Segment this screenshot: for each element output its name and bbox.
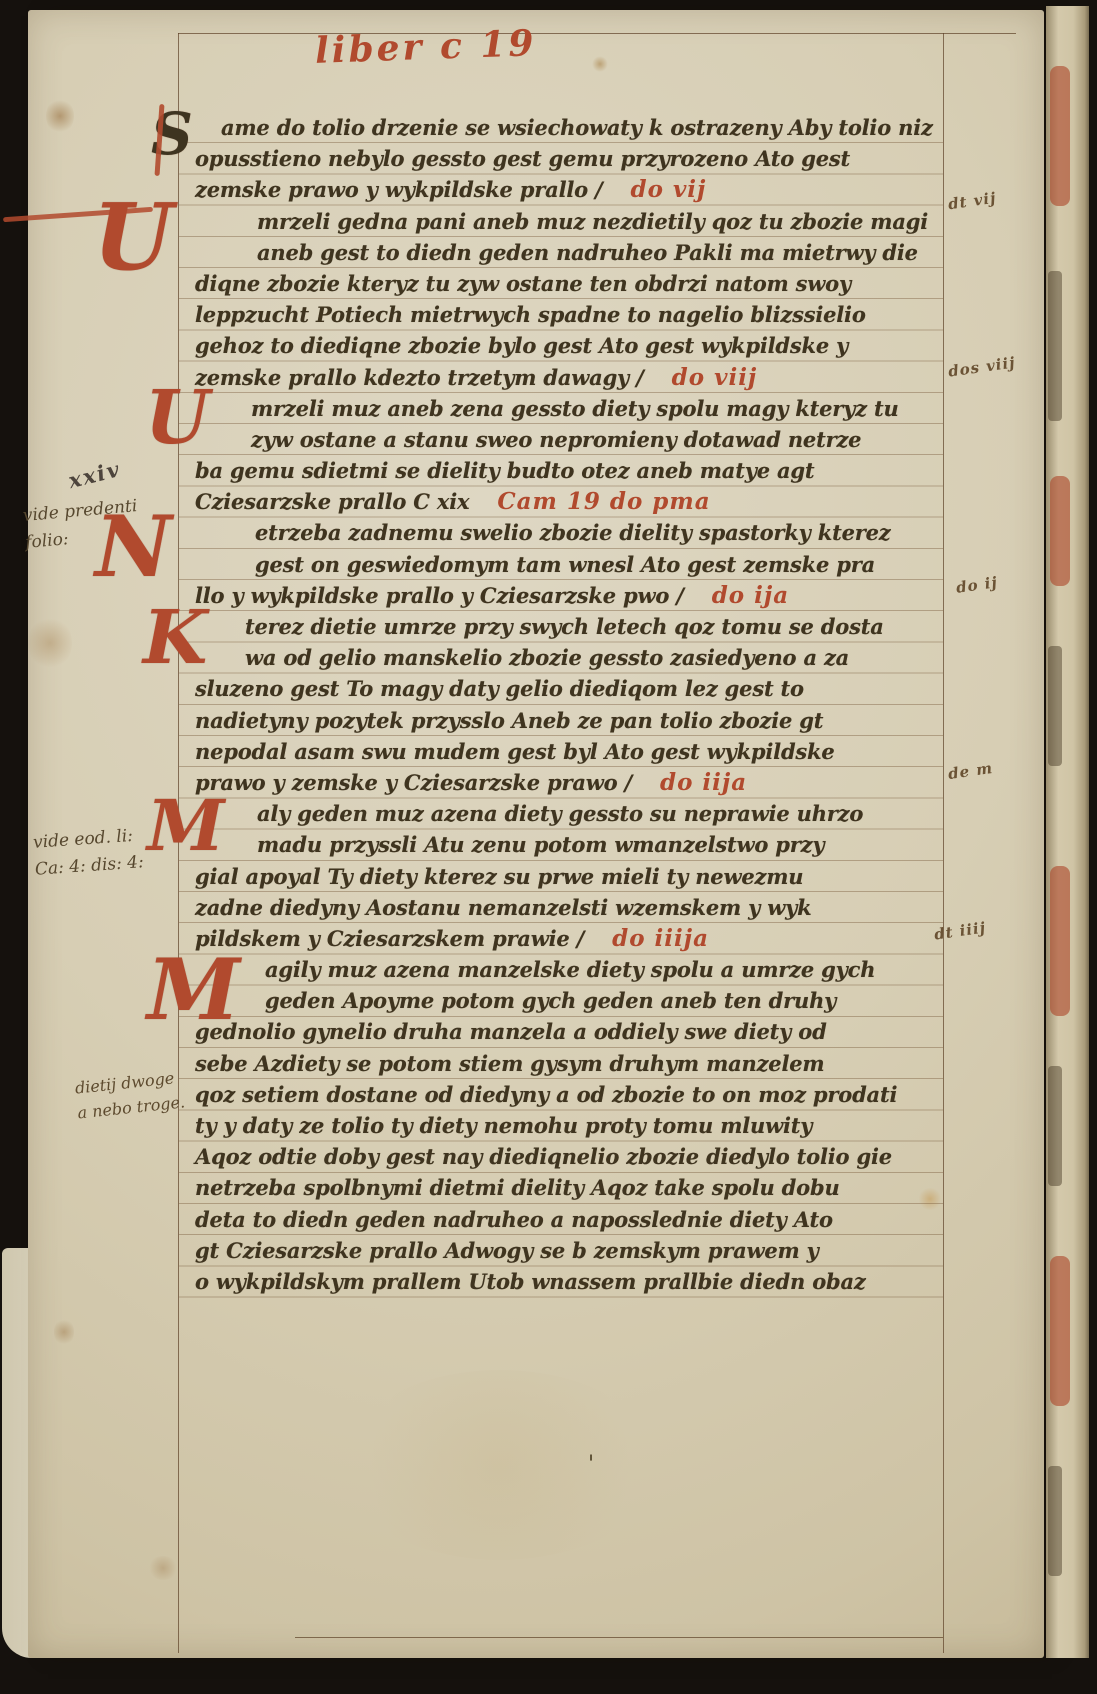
rubric-note: do vij <box>631 176 707 203</box>
text-line: zadne diedyny Aostanu nemanzelsti wzemsk… <box>195 892 943 923</box>
text-line-content: aly geden muz azena diety gessto su nepr… <box>257 801 863 826</box>
text-line-content: gial apoyal Ty diety kterez su prwe miel… <box>195 864 803 889</box>
text-line: nepodal asam swu mudem gest byl Ato gest… <box>195 736 943 767</box>
foredge-letter-fragment <box>1048 1066 1062 1186</box>
text-line: llo y wykpildske prallo y Cziesarzske pw… <box>195 580 943 611</box>
text-line-content: zyw ostane a stanu sweo nepromieny dotaw… <box>251 427 861 452</box>
foredge-letter-fragment <box>1048 1466 1062 1576</box>
text-line: agily muz azena manzelske diety spolu a … <box>195 954 943 985</box>
rubric-note: do iiija <box>612 925 709 952</box>
text-line: gehoz to diediqne zbozie bylo gest Ato g… <box>195 330 943 361</box>
paragraph: Umrzeli gedna pani aneb muz nezdietily q… <box>195 206 943 393</box>
parchment-stain <box>54 1318 74 1346</box>
text-line-content: zemske prallo kdezto trzetym dawagy / <box>195 365 644 390</box>
foredge-letter-fragment <box>1050 866 1070 1016</box>
text-line-content: sluzeno gest To magy daty gelio diediqom… <box>195 676 804 701</box>
foredge-letter-fragment <box>1050 476 1070 586</box>
text-line: etrzeba zadnemu swelio zbozie dielity sp… <box>195 517 943 548</box>
paragraph: Maly geden muz azena diety gessto su nep… <box>195 798 943 954</box>
text-line-content: agily muz azena manzelske diety spolu a … <box>265 957 875 982</box>
text-line: Cziesarzske prallo C xixCam 19 do pma <box>195 486 943 517</box>
text-line: Aqoz odtie doby gest nay diediqnelio zbo… <box>195 1141 943 1172</box>
frame-line-bottom <box>295 1637 943 1638</box>
rubricated-initial: K <box>143 605 207 672</box>
text-line-content: mrzeli gedna pani aneb muz nezdietily qo… <box>257 209 928 234</box>
text-line: diqne zbozie kteryz tu zyw ostane ten ob… <box>195 268 943 299</box>
rubricated-initial: M <box>147 952 240 1028</box>
text-line: o wykpildskym prallem Utob wnassem prall… <box>195 1266 943 1297</box>
text-line-content: diqne zbozie kteryz tu zyw ostane ten ob… <box>195 271 851 296</box>
text-line: geden Apoyme potom gych geden aneb ten d… <box>195 985 943 1016</box>
text-line-content: zadne diedyny Aostanu nemanzelsti wzemsk… <box>195 895 812 920</box>
text-line: mrzeli muz aneb zena gessto diety spolu … <box>195 393 943 424</box>
rubricated-initial: M <box>147 794 225 857</box>
stray-ink-mark: ' <box>588 1452 594 1477</box>
paragraph: Umrzeli muz aneb zena gessto diety spolu… <box>195 393 943 518</box>
text-line-content: gest on geswiedomym tam wnesl Ato gest z… <box>255 552 875 577</box>
text-line: zyw ostane a stanu sweo nepromieny dotaw… <box>195 424 943 455</box>
text-line-content: geden Apoyme potom gych geden aneb ten d… <box>265 988 836 1013</box>
text-line-content: gednolio gynelio druha manzela a oddiely… <box>195 1019 827 1044</box>
text-line: aneb gest to diedn geden nadruheo Pakli … <box>195 237 943 268</box>
margin-note-vide-precedenti: vide predenti folio: <box>22 493 141 557</box>
text-line-content: ty y daty ze tolio ty diety nemohu proty… <box>195 1113 812 1138</box>
text-line-content: opusstieno nebylo gessto gest gemu przyr… <box>195 146 850 171</box>
book-foredge-strip <box>1046 6 1090 1658</box>
text-line: ame do tolio drzenie se wsiechowaty k os… <box>195 112 943 143</box>
text-line: qoz setiem dostane od diedyny a od zbozi… <box>195 1079 943 1110</box>
text-line-content: aneb gest to diedn geden nadruheo Pakli … <box>257 240 918 265</box>
text-line-content: sebe Azdiety se potom stiem gysym druhym… <box>195 1051 824 1076</box>
text-line-content: wa od gelio manskelio zbozie gessto zasi… <box>245 645 849 670</box>
text-line-content: nepodal asam swu mudem gest byl Ato gest… <box>195 739 835 764</box>
text-line: sluzeno gest To magy daty gelio diediqom… <box>195 673 943 704</box>
text-line-content: mrzeli muz aneb zena gessto diety spolu … <box>251 396 899 421</box>
rubricated-initial: U <box>145 385 210 452</box>
text-line-content: qoz setiem dostane od diedyny a od zbozi… <box>195 1082 897 1107</box>
paragraph: Magily muz azena manzelske diety spolu a… <box>195 954 943 1297</box>
text-line-content: etrzeba zadnemu swelio zbozie dielity sp… <box>255 520 891 545</box>
text-line-content: Cziesarzske prallo C xix <box>195 489 469 514</box>
rubric-note: do ija <box>712 582 789 609</box>
text-line: opusstieno nebylo gessto gest gemu przyr… <box>195 143 943 174</box>
text-line: wa od gelio manskelio zbozie gessto zasi… <box>195 642 943 673</box>
text-line-content: gehoz to diediqne zbozie bylo gest Ato g… <box>195 333 848 358</box>
foredge-letter-fragment <box>1050 1256 1070 1406</box>
text-line: netrzeba spolbnymi dietmi dielity Aqoz t… <box>195 1172 943 1203</box>
frame-line-top <box>178 33 1016 34</box>
running-header: liber c 19 <box>314 22 537 72</box>
text-line: aly geden muz azena diety gessto su nepr… <box>195 798 943 829</box>
paragraph: Kterez dietie umrze przy swych letech qo… <box>195 611 943 798</box>
text-line-content: madu przyssli Atu zenu potom wmanzelstwo… <box>257 832 824 857</box>
text-line-content: terez dietie umrze przy swych letech qoz… <box>245 614 884 639</box>
text-line-content: zemske prawo y wykpildske prallo / <box>195 177 603 202</box>
text-line: zemske prallo kdezto trzetym dawagy /do … <box>195 362 943 393</box>
margin-note-vide-eodem: vide eod. li: Ca: 4: dis: 4: <box>32 822 144 883</box>
rubric-note: do viij <box>672 364 758 391</box>
text-line-content: ame do tolio drzenie se wsiechowaty k os… <box>221 115 933 140</box>
text-line: gt Cziesarzske prallo Adwogy se b zemsky… <box>195 1235 943 1266</box>
parchment-stain <box>28 616 72 670</box>
text-line: pildskem y Cziesarzskem prawie /do iiija <box>195 923 943 954</box>
photo-right-border <box>1089 0 1097 1694</box>
foredge-letter-fragment <box>1048 271 1062 421</box>
text-line-content: netrzeba spolbnymi dietmi dielity Aqoz t… <box>195 1175 840 1200</box>
parchment-stain <box>46 98 74 134</box>
rubric-note: do iija <box>660 769 747 796</box>
text-line: gial apoyal Ty diety kterez su prwe miel… <box>195 861 943 892</box>
text-line: mrzeli gedna pani aneb muz nezdietily qo… <box>195 206 943 237</box>
rubric-note: Cam 19 do pma <box>497 488 710 515</box>
text-line: ty y daty ze tolio ty diety nemohu proty… <box>195 1110 943 1141</box>
text-line-content: leppzucht Potiech mietrwych spadne to na… <box>195 302 866 327</box>
text-line-content: nadietyny pozytek przysslo Aneb ze pan t… <box>195 708 823 733</box>
text-line-content: Aqoz odtie doby gest nay diediqnelio zbo… <box>195 1144 892 1169</box>
foredge-letter-fragment <box>1050 66 1070 206</box>
parchment-stain <box>340 1370 660 1560</box>
text-line-content: ba gemu sdietmi se dielity budto otez an… <box>195 458 814 483</box>
text-line: madu przyssli Atu zenu potom wmanzelstwo… <box>195 829 943 860</box>
text-line: leppzucht Potiech mietrwych spadne to na… <box>195 299 943 330</box>
text-line: gest on geswiedomym tam wnesl Ato gest z… <box>195 549 943 580</box>
parchment-stain <box>592 56 608 72</box>
text-line-content: prawo y zemske y Cziesarzske prawo / <box>195 770 632 795</box>
text-line: sebe Azdiety se potom stiem gysym druhym… <box>195 1048 943 1079</box>
parchment-stain <box>148 1556 178 1580</box>
text-line: terez dietie umrze przy swych letech qoz… <box>195 611 943 642</box>
paragraph: Same do tolio drzenie se wsiechowaty k o… <box>195 112 943 206</box>
foredge-letter-fragment <box>1048 646 1062 766</box>
text-line-content: llo y wykpildske prallo y Cziesarzske pw… <box>195 583 684 608</box>
text-line-content: gt Cziesarzske prallo Adwogy se b zemsky… <box>195 1238 819 1263</box>
text-line: deta to diedn geden nadruheo a napossled… <box>195 1204 943 1235</box>
text-block: Same do tolio drzenie se wsiechowaty k o… <box>195 112 943 1297</box>
text-line: prawo y zemske y Cziesarzske prawo /do i… <box>195 767 943 798</box>
frame-line-right <box>943 33 944 1653</box>
text-line-content: deta to diedn geden nadruheo a napossled… <box>195 1207 833 1232</box>
paragraph: Netrzeba zadnemu swelio zbozie dielity s… <box>195 517 943 611</box>
text-line-content: pildskem y Cziesarzskem prawie / <box>195 926 584 951</box>
text-line-content: o wykpildskym prallem Utob wnassem prall… <box>195 1269 866 1294</box>
text-line: zemske prawo y wykpildske prallo /do vij <box>195 174 943 205</box>
text-line: nadietyny pozytek przysslo Aneb ze pan t… <box>195 705 943 736</box>
text-line: ba gemu sdietmi se dielity budto otez an… <box>195 455 943 486</box>
text-line: gednolio gynelio druha manzela a oddiely… <box>195 1016 943 1047</box>
